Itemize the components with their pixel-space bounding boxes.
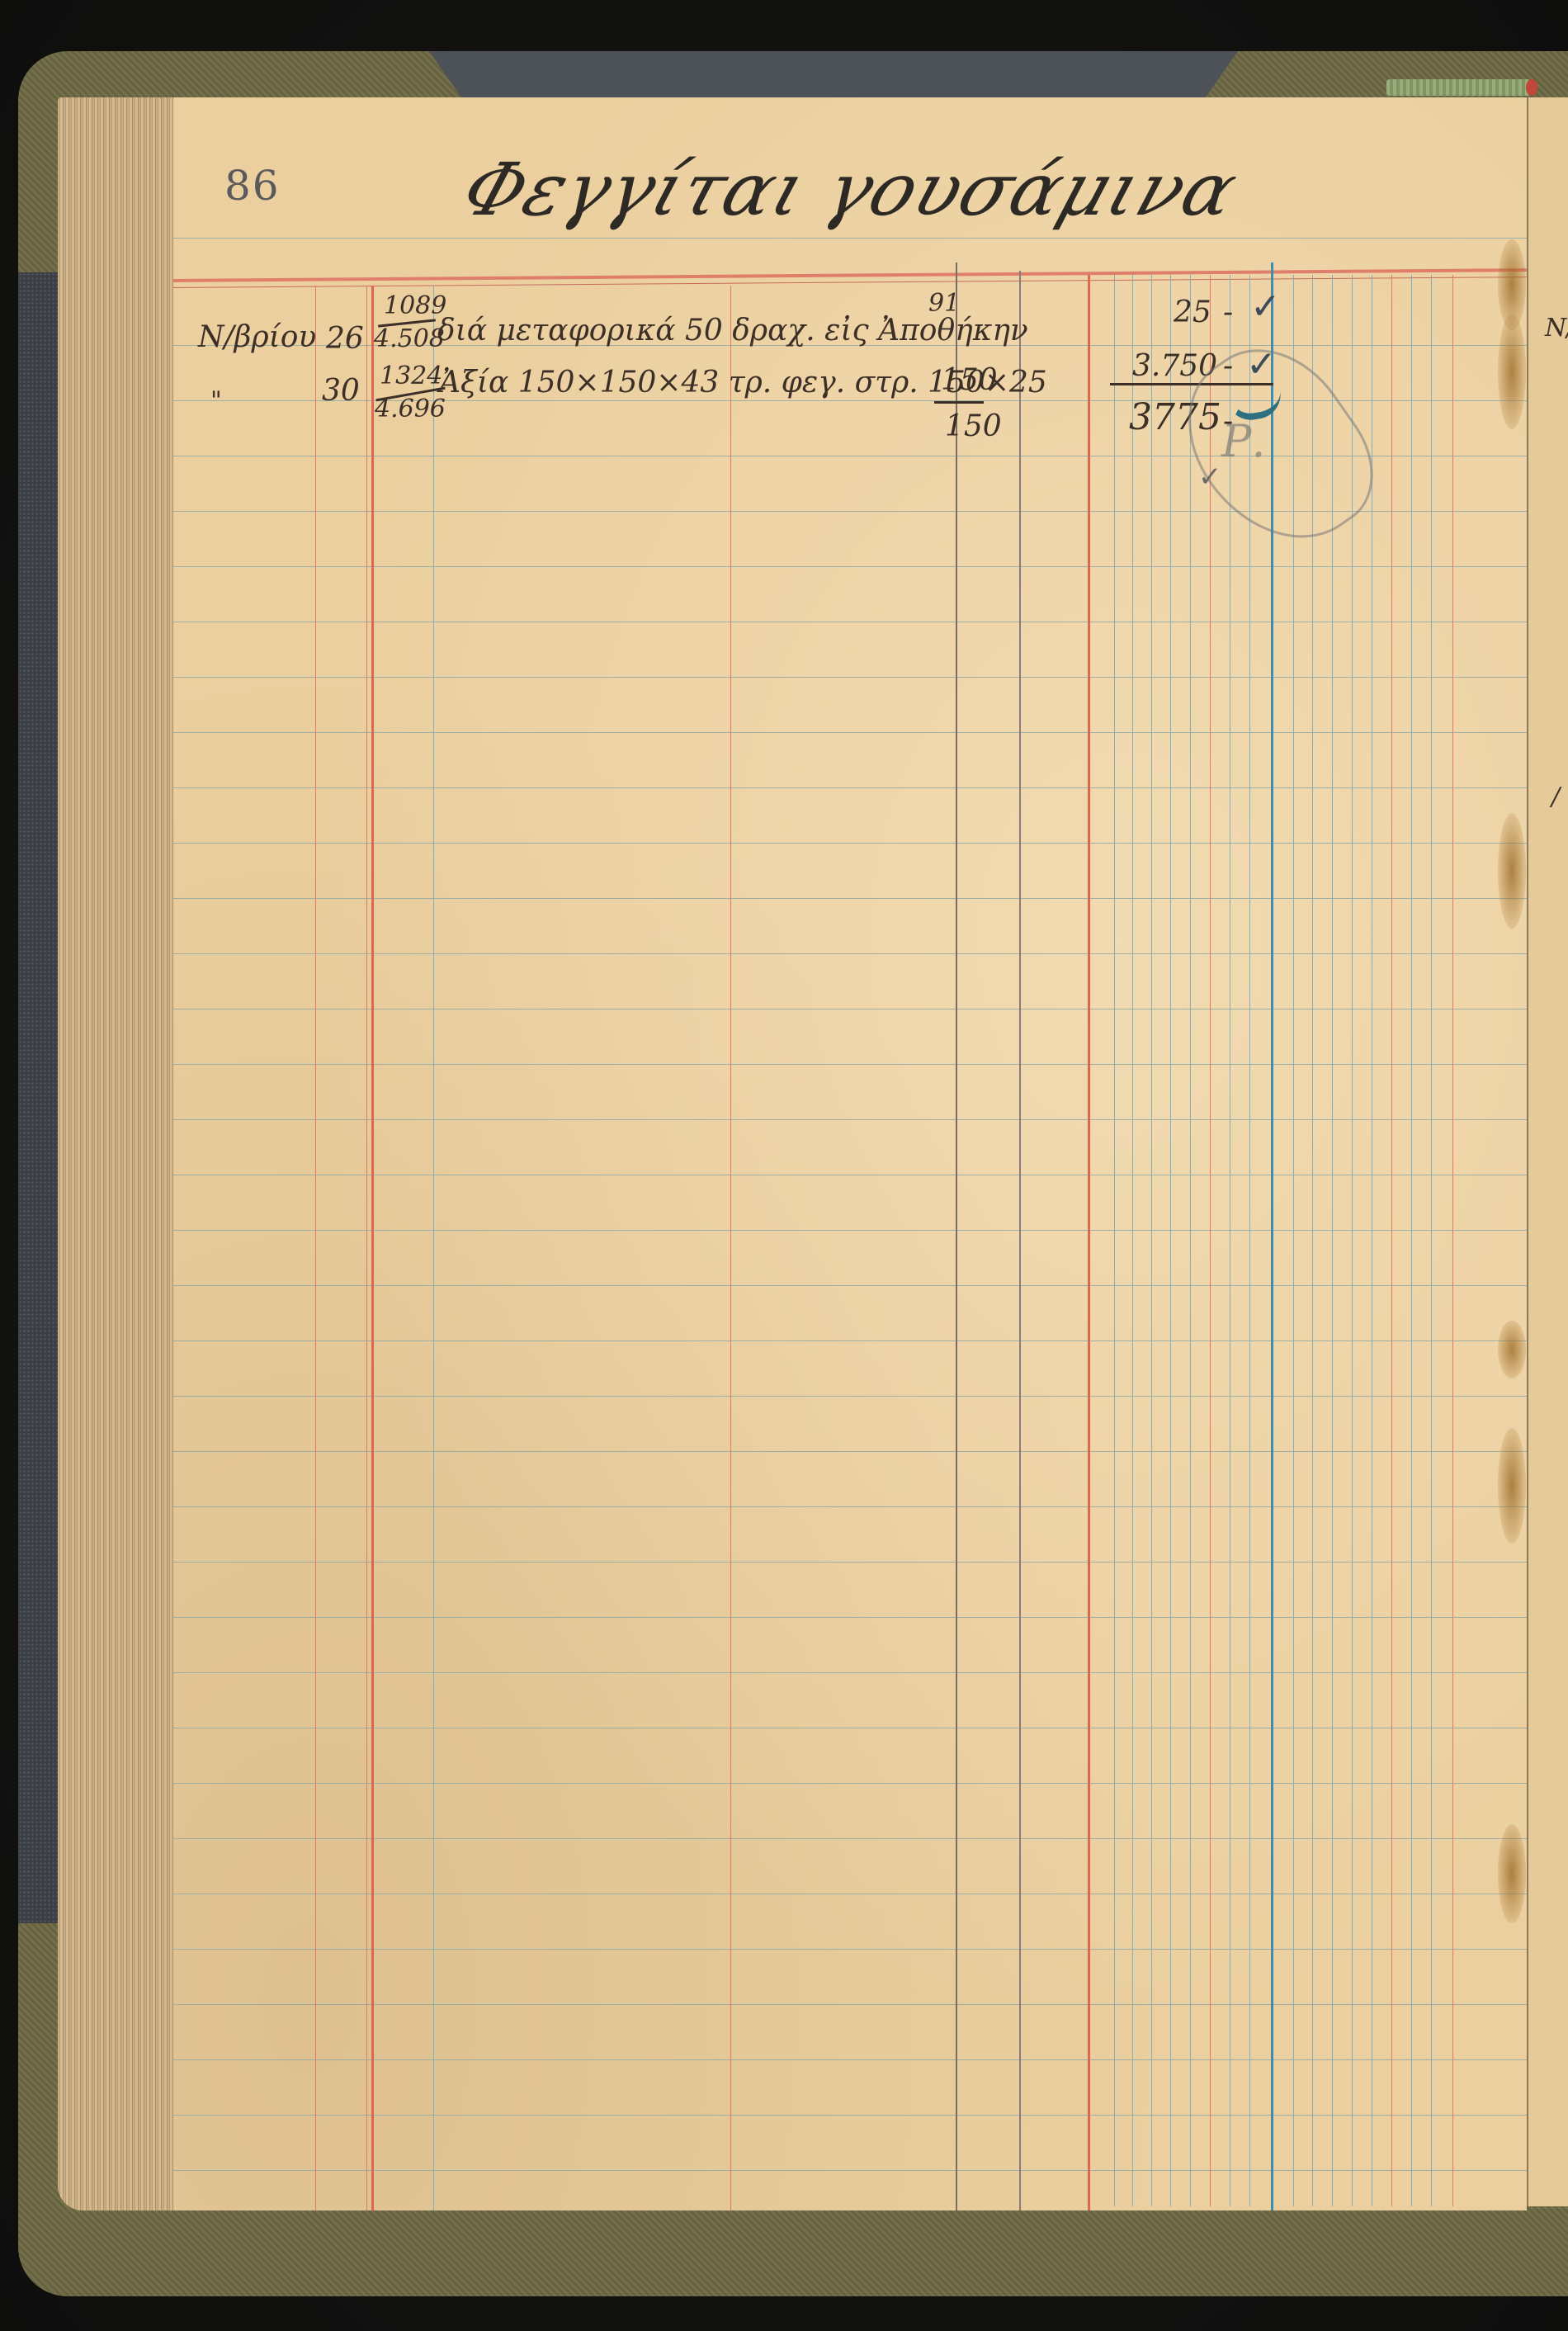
entry-folio-bottom: 4.508 bbox=[374, 324, 445, 353]
entry-month: Ν/βρίου bbox=[198, 320, 316, 354]
page-stack bbox=[58, 97, 173, 2210]
entry-reference: 150 bbox=[941, 363, 998, 397]
facing-page-text: Ν/ bbox=[1545, 314, 1568, 343]
page-number: 86 bbox=[224, 162, 281, 210]
entry-folio-top: 1324 bbox=[380, 362, 442, 390]
reference-total: 150 bbox=[945, 409, 1002, 443]
stain bbox=[1498, 1428, 1526, 1544]
entry-description: διά μεταφορικά 50 δραχ. εἰς Ἀποθήκην bbox=[437, 314, 1028, 348]
entry-reference: 91 bbox=[928, 289, 960, 318]
check-icon: ✓ bbox=[1250, 286, 1281, 328]
pencil-initials: Ρ. bbox=[1221, 415, 1266, 467]
entry-day: 30 bbox=[322, 374, 360, 408]
ledger-page: 86 Φεγγίται γουσάμινα Ν/βρίου 26 1089 4.… bbox=[173, 97, 1527, 2210]
entry-folio-bottom: 4.696 bbox=[375, 395, 446, 423]
facing-page-edge: Ν/ / bbox=[1527, 97, 1568, 2206]
header-red-rule bbox=[173, 268, 1527, 282]
entry-amount-cents: - bbox=[1223, 296, 1233, 329]
headband bbox=[1386, 79, 1531, 96]
stain bbox=[1498, 813, 1526, 929]
cover-cloth-top bbox=[429, 51, 1238, 97]
entry-month: " bbox=[210, 386, 222, 415]
page-title: Φεγγίται γουσάμινα bbox=[452, 147, 1248, 232]
facing-page-text: / bbox=[1551, 783, 1560, 811]
pencil-check-icon: ✓ bbox=[1198, 461, 1222, 494]
stain bbox=[1498, 1824, 1526, 1923]
stain bbox=[1498, 1321, 1526, 1378]
entry-day: 26 bbox=[326, 322, 364, 356]
stain bbox=[1498, 314, 1526, 429]
entry-amount: 25 bbox=[1174, 296, 1211, 329]
